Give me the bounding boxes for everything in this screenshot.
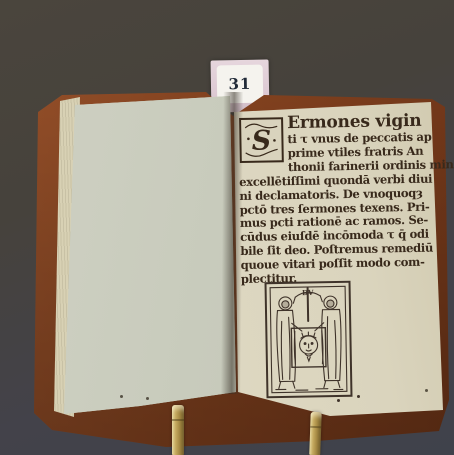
paper-speck bbox=[146, 397, 149, 400]
lot-number: 31 bbox=[228, 75, 251, 93]
initial-ornament: S bbox=[242, 120, 281, 160]
initial-letter: S bbox=[251, 125, 271, 156]
paper-speck bbox=[425, 389, 428, 392]
title-page-text: S Ermones vigin ti τ vnus de peccatis ap… bbox=[238, 112, 437, 287]
stand-prong-right bbox=[309, 412, 321, 455]
printers-device-woodcut: DV bbox=[264, 280, 353, 399]
ink-dot bbox=[357, 395, 360, 398]
ink-dot bbox=[337, 399, 340, 402]
paper-speck bbox=[120, 395, 123, 398]
woodcut-initial: S bbox=[239, 117, 284, 163]
book-photograph: 31 S Ermones vigin ti τ vnus de peccatis… bbox=[0, 0, 454, 455]
woodcut-banner-letters: DV bbox=[302, 288, 314, 297]
stand-prong-left bbox=[172, 405, 184, 455]
